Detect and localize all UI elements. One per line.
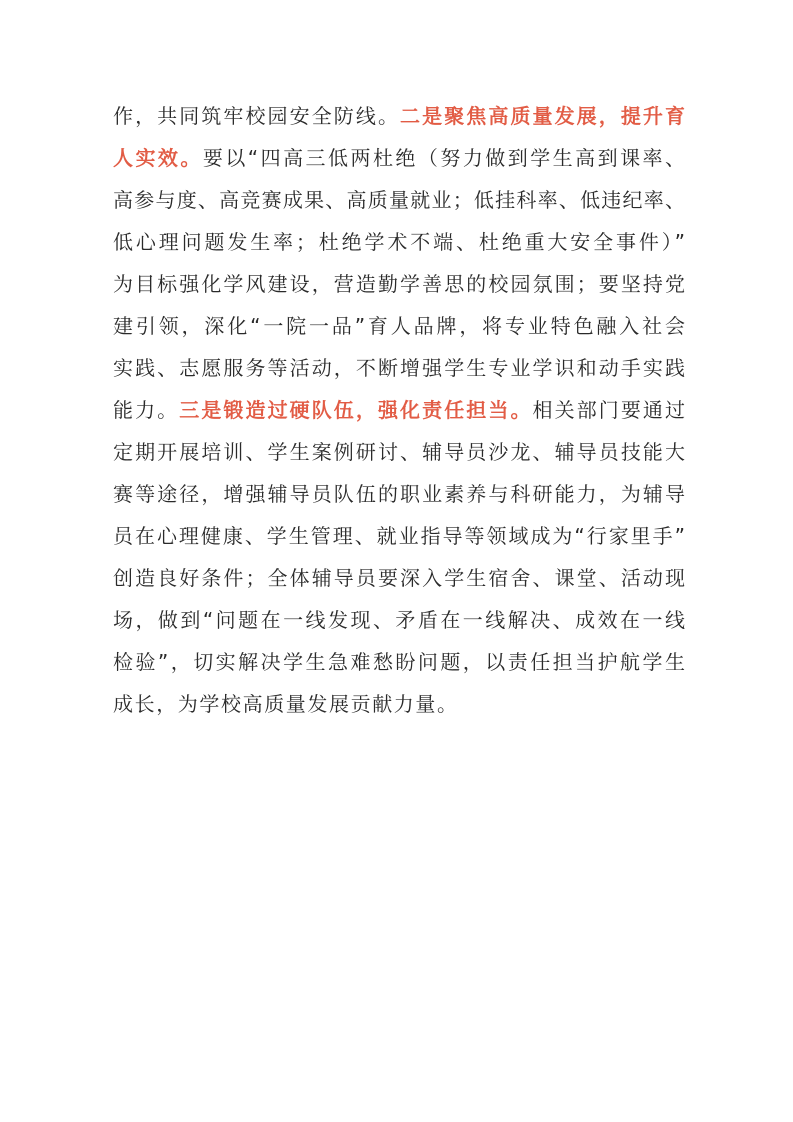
text-segment: 高参与度、高竞赛成果、高质量就业；低挂科率、低违纪率、 <box>113 188 685 212</box>
document-page: 作，共同筑牢校园安全防线。二是聚焦高质量发展，提升育人实效。要以“四高三低两杜绝… <box>0 0 793 1122</box>
text-line: 作，共同筑牢校园安全防线。二是聚焦高质量发展，提升育 <box>113 95 685 137</box>
text-segment: 实践、志愿服务等活动，不断增强学生专业学识和动手实践 <box>113 356 685 380</box>
text-segment: 创造良好条件；全体辅导员要深入学生宿舍、课堂、活动现 <box>113 566 685 590</box>
text-line: 人实效。要以“四高三低两杜绝（努力做到学生高到课率、 <box>113 137 685 179</box>
text-line: 定期开展培训、学生案例研讨、辅导员沙龙、辅导员技能大 <box>113 431 685 473</box>
text-segment: 赛等途径，增强辅导员队伍的职业素养与科研能力，为辅导 <box>113 482 685 506</box>
text-segment: 员在心理健康、学生管理、就业指导等领域成为“行家里手” <box>113 524 685 548</box>
text-line: 建引领，深化“一院一品”育人品牌，将专业特色融入社会 <box>113 305 685 347</box>
emphasis-segment: 二是聚焦高质量发展，提升育 <box>400 104 685 128</box>
text-line: 高参与度、高竞赛成果、高质量就业；低挂科率、低违纪率、 <box>113 179 685 221</box>
text-segment: 低心理问题发生率；杜绝学术不端、杜绝重大安全事件）” <box>113 230 685 254</box>
text-line: 场，做到“问题在一线发现、矛盾在一线解决、成效在一线 <box>113 599 685 641</box>
text-line: 赛等途径，增强辅导员队伍的职业素养与科研能力，为辅导 <box>113 473 685 515</box>
emphasis-segment: 三是锻造过硬队伍，强化责任担当。 <box>179 398 532 422</box>
text-segment: 建引领，深化“一院一品”育人品牌，将专业特色融入社会 <box>113 314 685 338</box>
text-line: 检验”，切实解决学生急难愁盼问题，以责任担当护航学生 <box>113 641 685 683</box>
emphasis-segment: 人实效。 <box>113 146 203 170</box>
text-block: 作，共同筑牢校园安全防线。二是聚焦高质量发展，提升育人实效。要以“四高三低两杜绝… <box>113 95 685 725</box>
text-segment: 检验”，切实解决学生急难愁盼问题，以责任担当护航学生 <box>113 650 685 674</box>
text-line: 为目标强化学风建设，营造勤学善思的校园氛围；要坚持党 <box>113 263 685 305</box>
text-segment: 成长，为学校高质量发展贡献力量。 <box>113 692 459 716</box>
text-line: 低心理问题发生率；杜绝学术不端、杜绝重大安全事件）” <box>113 221 685 263</box>
text-segment: 要以“四高三低两杜绝（努力做到学生高到课率、 <box>203 146 685 170</box>
text-segment: 相关部门要通过 <box>533 398 685 422</box>
text-line: 能力。三是锻造过硬队伍，强化责任担当。相关部门要通过 <box>113 389 685 431</box>
text-line: 创造良好条件；全体辅导员要深入学生宿舍、课堂、活动现 <box>113 557 685 599</box>
text-line: 员在心理健康、学生管理、就业指导等领域成为“行家里手” <box>113 515 685 557</box>
text-segment: 为目标强化学风建设，营造勤学善思的校园氛围；要坚持党 <box>113 272 685 296</box>
text-line: 实践、志愿服务等活动，不断增强学生专业学识和动手实践 <box>113 347 685 389</box>
text-line: 成长，为学校高质量发展贡献力量。 <box>113 683 685 725</box>
text-segment: 能力。 <box>113 398 179 422</box>
text-segment: 定期开展培训、学生案例研讨、辅导员沙龙、辅导员技能大 <box>113 440 685 464</box>
text-segment: 场，做到“问题在一线发现、矛盾在一线解决、成效在一线 <box>113 608 685 632</box>
text-segment: 作，共同筑牢校园安全防线。 <box>113 104 400 128</box>
